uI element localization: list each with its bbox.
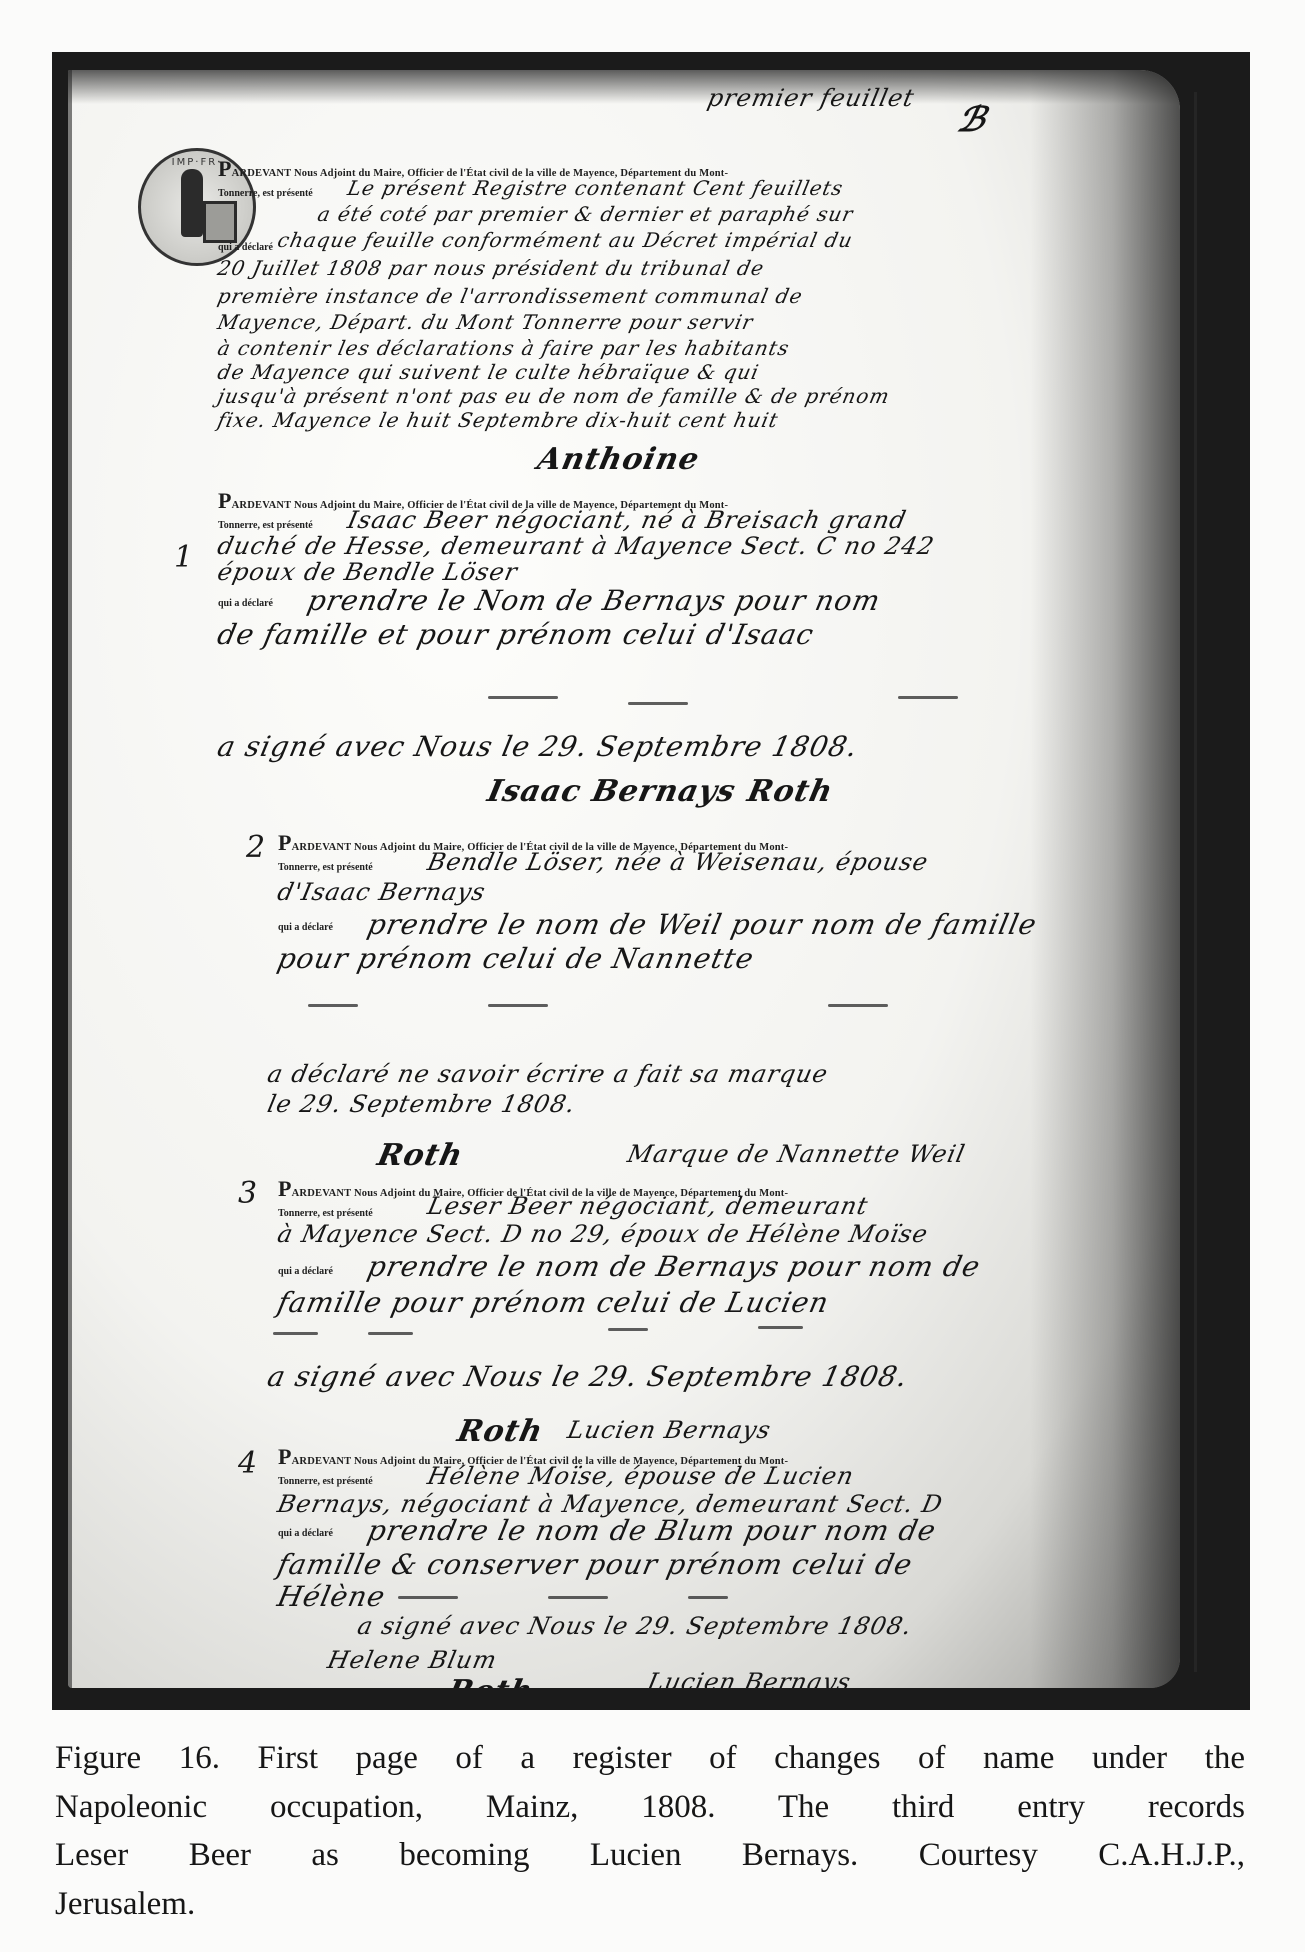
paraph-flourish: ℬ: [954, 100, 990, 140]
opening-line: de Mayence qui suivent le culte hébraïqu…: [215, 360, 761, 384]
filler-dash: [308, 1004, 358, 1007]
entry-1-presented: duché de Hesse, demeurant à Mayence Sect…: [215, 532, 937, 560]
page-fold-line: [1194, 92, 1197, 1672]
entry-4-declared: prendre le nom de Blum pour nom de: [364, 1514, 939, 1547]
opening-line: jusqu'à présent n'ont pas eu de nom de f…: [215, 384, 892, 408]
header-note: premier feuillet: [705, 84, 917, 112]
filler-dash: [688, 1596, 728, 1599]
signature-lucien-bernays: Lucien Bernays: [645, 1668, 854, 1688]
entry-2-closing: le 29. Septembre 1808.: [265, 1090, 578, 1118]
filler-dash: [828, 1004, 888, 1007]
entry-2-declared: pour prénom celui de Nannette: [274, 942, 757, 975]
opening-line: 20 Juillet 1808 par nous président du tr…: [215, 256, 766, 280]
entry-2-presented: d'Isaac Bernays: [275, 878, 488, 906]
filler-dash: [628, 702, 688, 705]
caption-line: Figure 16. First page of a register of c…: [55, 1734, 1245, 1783]
entry-1-presented: Isaac Beer négociant, né à Breisach gran…: [345, 506, 909, 534]
entry-number-3: 3: [238, 1176, 257, 1211]
opening-line: à contenir les déclarations à faire par …: [215, 336, 791, 360]
form-presented-label-opening: Tonnerre, est présenté: [218, 188, 313, 199]
register-page: premier feuillet ℬ IMP·FR· PARDEVANT Nou…: [68, 70, 1180, 1688]
signature-lucien-bernays: Lucien Bernays: [565, 1416, 774, 1444]
opening-line: a été coté par premier & dernier et para…: [315, 202, 855, 226]
entry-1-declared: prendre le Nom de Bernays pour nom: [304, 584, 883, 617]
entry-2-declared: prendre le nom de Weil pour nom de famil…: [364, 908, 1040, 941]
entry-3-declared: famille pour prénom celui de Lucien: [274, 1286, 832, 1319]
caption-line: Jerusalem.: [55, 1880, 1245, 1929]
opening-line: première instance de l'arrondissement co…: [215, 284, 805, 308]
filler-dash: [488, 696, 558, 699]
mark-nannette-weil: Marque de Nannette Weil: [625, 1140, 968, 1168]
opening-line: Mayence, Départ. du Mont Tonnerre pour s…: [215, 310, 755, 334]
entry-3-presented: à Mayence Sect. D no 29, époux de Hélène…: [275, 1220, 931, 1248]
entry-2-closing: a déclaré ne savoir écrire a fait sa mar…: [265, 1060, 831, 1088]
form-declared-label-entry-4: qui a déclaré: [278, 1528, 333, 1539]
form-declared-label-entry-3: qui a déclaré: [278, 1266, 333, 1277]
entry-number-1: 1: [174, 540, 193, 575]
entry-4-declared: Hélène: [274, 1580, 388, 1613]
seal-shield-icon: [203, 201, 237, 243]
filler-dash: [273, 1332, 318, 1335]
signature-helene-blum: Helene Blum: [325, 1646, 500, 1674]
entry-2-presented: Bendle Löser, née à Weisenau, épouse: [425, 848, 931, 876]
filler-dash: [608, 1328, 648, 1331]
form-declared-label-opening: qui a déclaré: [218, 242, 273, 253]
opening-line: Le présent Registre contenant Cent feuil…: [345, 176, 845, 200]
register-photograph: premier feuillet ℬ IMP·FR· PARDEVANT Nou…: [52, 52, 1250, 1710]
filler-dash: [398, 1596, 458, 1599]
entry-4-closing: a signé avec Nous le 29. Septembre 1808.: [355, 1612, 915, 1640]
signature-isaac-bernays: Isaac Bernays: [484, 774, 739, 809]
filler-dash: [488, 1004, 548, 1007]
entry-3-presented: Leser Beer négociant, demeurant: [425, 1192, 871, 1220]
caption-line: Leser Beer as becoming Lucien Bernays. C…: [55, 1831, 1245, 1880]
signature-roth: Roth: [744, 774, 836, 809]
entry-1-declared: de famille et pour prénom celui d'Isaac: [214, 618, 817, 651]
filler-dash: [548, 1596, 608, 1599]
signature-roth: Roth: [454, 1414, 546, 1449]
signature-roth: Roth: [444, 1674, 536, 1688]
entry-4-declared: famille & conserver pour prénom celui de: [274, 1548, 915, 1581]
form-presented-label-entry-2: Tonnerre, est présenté: [278, 862, 373, 873]
entry-3-closing: a signé avec Nous le 29. Septembre 1808.: [264, 1360, 911, 1393]
form-presented-label-entry-3: Tonnerre, est présenté: [278, 1208, 373, 1219]
entry-4-presented: Hélène Moïse, épouse de Lucien: [425, 1462, 857, 1490]
filler-dash: [368, 1332, 413, 1335]
entry-1-closing: a signé avec Nous le 29. Septembre 1808.: [214, 730, 861, 763]
form-presented-label-entry-1: Tonnerre, est présenté: [218, 520, 313, 531]
entry-1-presented: époux de Bendle Löser: [215, 558, 520, 586]
page-left-edge: [68, 70, 72, 1688]
page-top-shadow: [68, 70, 1180, 104]
opening-line: chaque feuille conformément au Décret im…: [275, 228, 855, 252]
seal-figure-icon: [181, 169, 203, 237]
form-declared-label-entry-2: qui a déclaré: [278, 922, 333, 933]
form-declared-label-entry-1: qui a déclaré: [218, 598, 273, 609]
figure-caption: Figure 16. First page of a register of c…: [55, 1734, 1245, 1928]
signature-anthoine: Anthoine: [534, 442, 703, 477]
signature-roth: Roth: [374, 1138, 466, 1173]
entry-number-2: 2: [246, 830, 265, 865]
filler-dash: [898, 696, 958, 699]
entry-number-4: 4: [238, 1446, 257, 1481]
filler-dash: [758, 1326, 803, 1329]
form-presented-label-entry-4: Tonnerre, est présenté: [278, 1476, 373, 1487]
caption-line: Napoleonic occupation, Mainz, 1808. The …: [55, 1783, 1245, 1832]
opening-line: fixe. Mayence le huit Septembre dix-huit…: [215, 408, 780, 432]
entry-3-declared: prendre le nom de Bernays pour nom de: [364, 1250, 983, 1283]
